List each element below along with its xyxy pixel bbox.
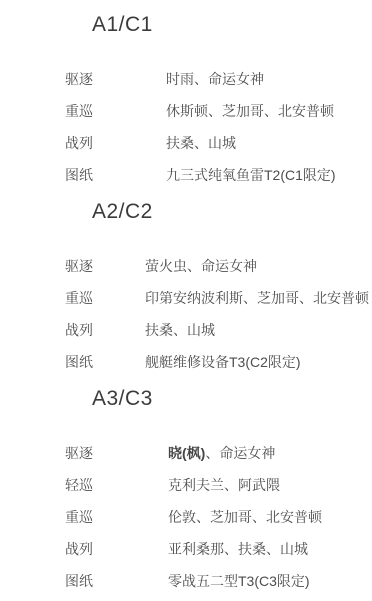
section-heading: A2/C2: [92, 201, 372, 222]
row-value: 印第安纳波利斯、芝加哥、北安普顿: [145, 282, 369, 314]
table-row: 战列 亚利桑那、扶桑、山城: [65, 533, 322, 565]
row-label: 重巡: [65, 95, 166, 127]
row-value: 萤火虫、命运女神: [145, 250, 369, 282]
row-label: 战列: [65, 127, 166, 159]
row-value: 克利夫兰、阿武隈: [168, 469, 322, 501]
row-label: 驱逐: [65, 437, 168, 469]
row-label: 战列: [65, 533, 168, 565]
drop-table: 驱逐 晓(枫)、命运女神 轻巡 克利夫兰、阿武隈 重巡 伦敦、芝加哥、北安普顿 …: [65, 437, 322, 597]
drop-table: 驱逐 时雨、命运女神 重巡 休斯顿、芝加哥、北安普顿 战列 扶桑、山城 图纸 九…: [65, 63, 336, 191]
row-value: 晓(枫)、命运女神: [168, 437, 322, 469]
row-value: 时雨、命运女神: [166, 63, 336, 95]
row-value: 舰艇维修设备T3(C2限定): [145, 346, 369, 378]
drop-table: 驱逐 萤火虫、命运女神 重巡 印第安纳波利斯、芝加哥、北安普顿 战列 扶桑、山城…: [65, 250, 369, 378]
row-value-rest: 、命运女神: [205, 445, 275, 461]
row-value: 休斯顿、芝加哥、北安普顿: [166, 95, 336, 127]
row-label: 重巡: [65, 501, 168, 533]
row-label: 重巡: [65, 282, 145, 314]
row-value: 九三式纯氧鱼雷T2(C1限定): [166, 159, 336, 191]
table-row: 图纸 零战五二型T3(C3限定): [65, 565, 322, 597]
table-row: 战列 扶桑、山城: [65, 127, 336, 159]
row-label: 图纸: [65, 565, 168, 597]
table-row: 图纸 舰艇维修设备T3(C2限定): [65, 346, 369, 378]
section-a1c1: A1/C1 驱逐 时雨、命运女神 重巡 休斯顿、芝加哥、北安普顿 战列 扶桑、山…: [0, 14, 372, 191]
highlighted-ship-name: 晓(枫): [168, 445, 205, 461]
section-a2c2: A2/C2 驱逐 萤火虫、命运女神 重巡 印第安纳波利斯、芝加哥、北安普顿 战列…: [0, 201, 372, 378]
row-value: 扶桑、山城: [166, 127, 336, 159]
table-row: 驱逐 萤火虫、命运女神: [65, 250, 369, 282]
section-heading: A1/C1: [92, 14, 372, 35]
table-row: 重巡 印第安纳波利斯、芝加哥、北安普顿: [65, 282, 369, 314]
row-label: 图纸: [65, 159, 166, 191]
table-row: 重巡 伦敦、芝加哥、北安普顿: [65, 501, 322, 533]
row-label: 图纸: [65, 346, 145, 378]
row-value: 亚利桑那、扶桑、山城: [168, 533, 322, 565]
table-row: 重巡 休斯顿、芝加哥、北安普顿: [65, 95, 336, 127]
row-value: 伦敦、芝加哥、北安普顿: [168, 501, 322, 533]
row-label: 驱逐: [65, 250, 145, 282]
row-label: 战列: [65, 314, 145, 346]
drop-list-page: A1/C1 驱逐 时雨、命运女神 重巡 休斯顿、芝加哥、北安普顿 战列 扶桑、山…: [0, 0, 372, 601]
table-row: 轻巡 克利夫兰、阿武隈: [65, 469, 322, 501]
row-label: 轻巡: [65, 469, 168, 501]
table-row: 驱逐 晓(枫)、命运女神: [65, 437, 322, 469]
row-value: 扶桑、山城: [145, 314, 369, 346]
section-a3c3: A3/C3 驱逐 晓(枫)、命运女神 轻巡 克利夫兰、阿武隈 重巡 伦敦、芝加哥…: [0, 388, 372, 597]
row-label: 驱逐: [65, 63, 166, 95]
section-heading: A3/C3: [92, 388, 372, 409]
table-row: 图纸 九三式纯氧鱼雷T2(C1限定): [65, 159, 336, 191]
row-value: 零战五二型T3(C3限定): [168, 565, 322, 597]
table-row: 战列 扶桑、山城: [65, 314, 369, 346]
table-row: 驱逐 时雨、命运女神: [65, 63, 336, 95]
